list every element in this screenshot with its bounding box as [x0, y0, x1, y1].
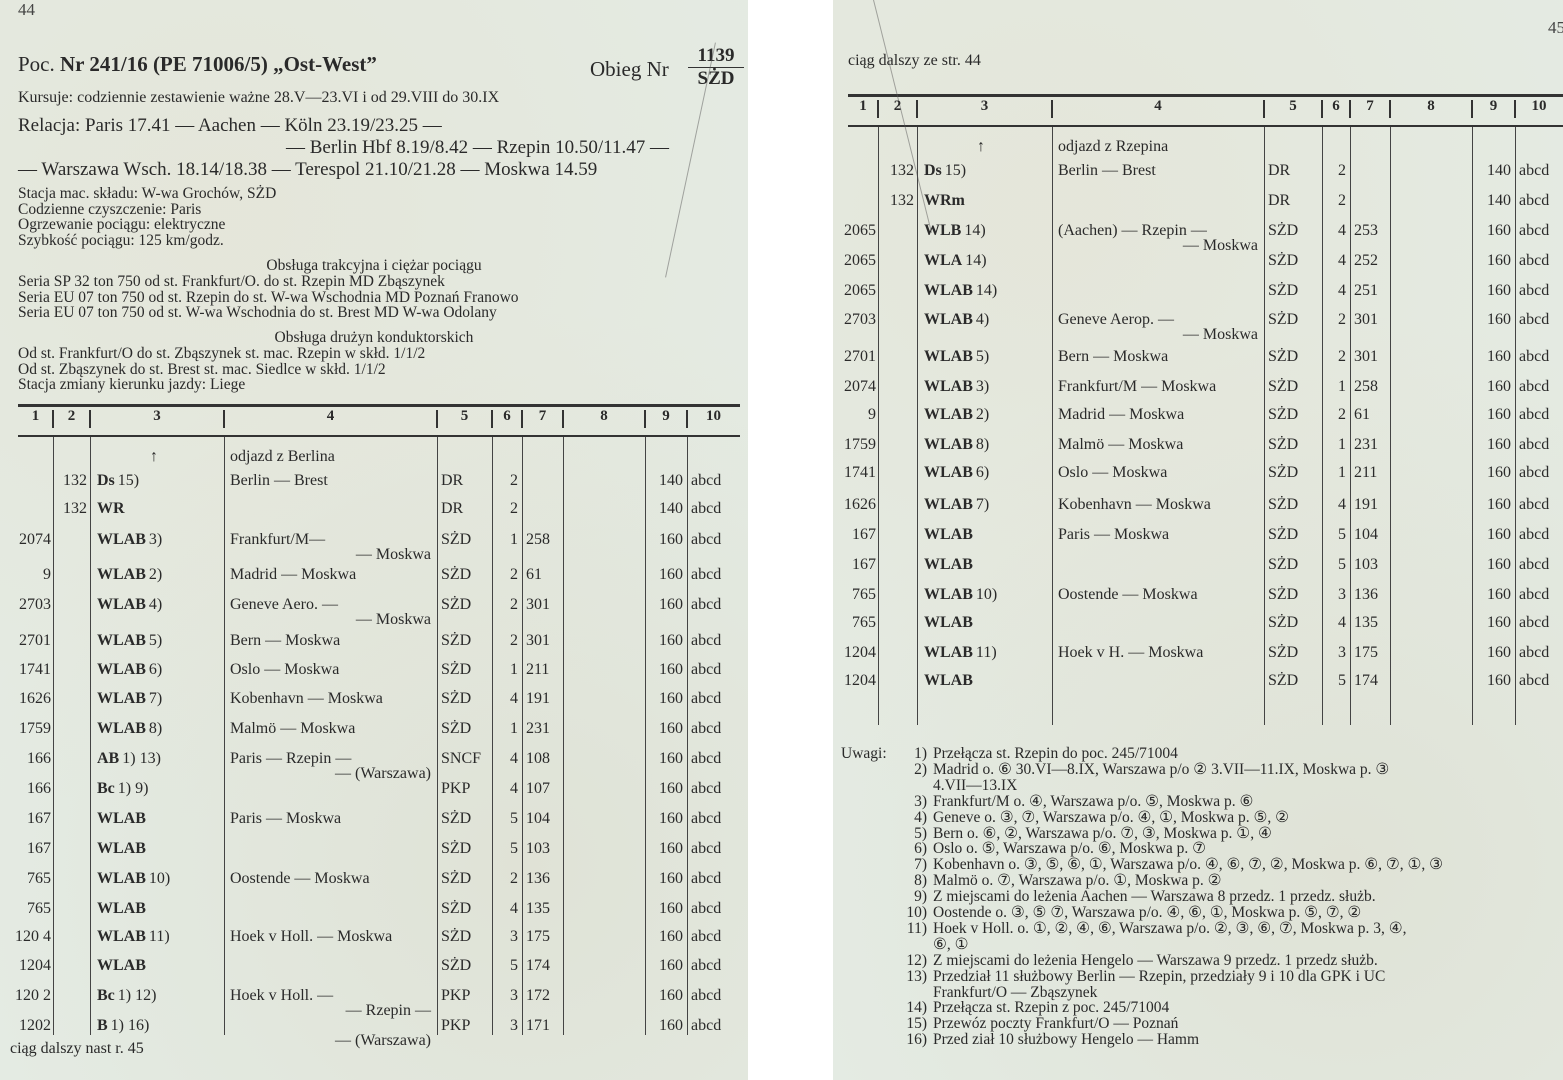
- class-code: 2: [1322, 311, 1346, 329]
- car-serial: 175: [1354, 644, 1378, 662]
- service-days: abcd: [1519, 586, 1549, 604]
- car-serial: 107: [526, 780, 550, 798]
- car-type: WLAB6): [97, 661, 162, 679]
- column-header-8: 8: [1390, 98, 1472, 115]
- service-days: abcd: [691, 810, 721, 828]
- column-header-9: 9: [645, 408, 687, 425]
- relacja-line-2: — Berlin Hbf 8.19/8.42 — Rzepin 10.50/11…: [286, 137, 669, 159]
- car-serial: 301: [526, 596, 550, 614]
- column-header-7: 7: [522, 408, 563, 425]
- railway-owner: SŻD: [441, 596, 471, 614]
- car-serial: 251: [1354, 282, 1378, 300]
- note-number: 13): [893, 969, 927, 985]
- railway-owner: PKP: [441, 1017, 470, 1035]
- car-type-code: WLAB: [924, 436, 973, 453]
- car-type-code: WLAB: [924, 586, 973, 603]
- service-days: abcd: [1519, 222, 1549, 240]
- class-code: 4: [1322, 252, 1346, 270]
- class-code: 5: [492, 810, 518, 828]
- header-separator: [644, 410, 646, 428]
- column-header-5: 5: [437, 408, 492, 425]
- speed: 160: [645, 987, 683, 1005]
- header-separator: [223, 410, 225, 428]
- railway-owner: SŻD: [1268, 311, 1298, 329]
- class-code: 4: [1322, 614, 1346, 632]
- car-type-code: WLAB: [97, 928, 146, 945]
- car-number: 167: [8, 840, 51, 858]
- speed: 160: [645, 810, 683, 828]
- car-serial: 135: [526, 900, 550, 918]
- service-days: abcd: [691, 472, 721, 490]
- railway-owner: SŻD: [441, 720, 471, 738]
- car-serial: 191: [1354, 496, 1378, 514]
- class-code: 2: [1322, 192, 1346, 210]
- car-number: 1204: [838, 672, 876, 690]
- railway-owner: SŻD: [1268, 348, 1298, 366]
- note-text: ⑥, ①: [933, 937, 969, 953]
- note-number: 10): [893, 905, 927, 921]
- service-days: abcd: [1519, 556, 1549, 574]
- car-type: WR: [97, 500, 128, 518]
- car-type-code: WLAB: [924, 556, 973, 573]
- note-number: 11): [893, 921, 927, 937]
- car-number: 2065: [838, 252, 876, 270]
- service-days: abcd: [691, 500, 721, 518]
- header-separator: [521, 410, 523, 428]
- railway-owner: DR: [1268, 192, 1290, 210]
- class-code: 2: [492, 566, 518, 584]
- car-type-code: WLAB: [924, 311, 973, 328]
- car-type-code: Bc: [97, 987, 115, 1004]
- car-type-code: WLB: [924, 222, 961, 239]
- speed: 160: [1472, 672, 1511, 690]
- car-number: 1759: [8, 720, 51, 738]
- class-code: 4: [1322, 222, 1346, 240]
- car-type: Ds15): [97, 472, 139, 490]
- header-separator: [1321, 100, 1323, 118]
- car-type: WLAB11): [924, 644, 997, 662]
- column-header-6: 6: [492, 408, 522, 425]
- class-code: 4: [492, 690, 518, 708]
- service-days: abcd: [691, 596, 721, 614]
- car-type-code: WLAB: [97, 566, 146, 583]
- car-serial: 174: [1354, 672, 1378, 690]
- car-serial: 258: [1354, 378, 1378, 396]
- railway-owner: SŻD: [1268, 586, 1298, 604]
- car-number: 2701: [8, 632, 51, 650]
- car-serial: 174: [526, 957, 550, 975]
- class-code: 5: [1322, 526, 1346, 544]
- info-line: Codzienne czyszczenie: Paris: [18, 202, 276, 218]
- speed: 160: [645, 531, 683, 549]
- note-text: Przewóz poczty Frankfurt/O — Poznań: [933, 1016, 1178, 1032]
- class-code: 1: [1322, 378, 1346, 396]
- route: Bern — Moskwa: [230, 632, 340, 650]
- car-type: Ds15): [924, 162, 966, 180]
- class-code: 3: [1322, 586, 1346, 604]
- car-type-code: WLAB: [924, 348, 973, 365]
- railway-owner: SŻD: [1268, 614, 1298, 632]
- railway-owner: SŻD: [441, 957, 471, 975]
- note-number: 8): [893, 873, 927, 889]
- class-code: 4: [492, 750, 518, 768]
- car-type: WLAB5): [97, 632, 162, 650]
- footnote-ref: 15): [118, 472, 139, 489]
- note-number: 4): [893, 810, 927, 826]
- car-serial: 103: [1354, 556, 1378, 574]
- speed: 160: [1472, 436, 1511, 454]
- railway-owner: PKP: [441, 780, 470, 798]
- railway-owner: SŻD: [1268, 378, 1298, 396]
- class-code: 5: [492, 957, 518, 975]
- page-45: 45 ciąg dalszy ze str. 44 Uwagi: 1234567…: [833, 0, 1563, 1080]
- route-continuation: — (Warszawa): [224, 1032, 431, 1050]
- speed: 140: [1472, 192, 1511, 210]
- column-header-1: 1: [18, 408, 53, 425]
- class-code: 2: [492, 632, 518, 650]
- service-days: abcd: [691, 566, 721, 584]
- car-number: 9: [838, 406, 876, 424]
- service-days: abcd: [1519, 162, 1549, 180]
- column-header-6: 6: [1322, 98, 1350, 115]
- railway-owner: DR: [441, 500, 463, 518]
- note-text: Madrid o. ⑥ 30.VI—8.IX, Warszawa p/o ② 3…: [933, 762, 1389, 778]
- column-rule: [90, 437, 91, 1035]
- obieg-number: 1139 SŻD: [688, 45, 744, 90]
- route: Hoek v Holl. — Moskwa: [230, 928, 392, 946]
- speed: 160: [1472, 496, 1511, 514]
- railway-owner: SŻD: [441, 632, 471, 650]
- car-type-code: WLAB: [97, 870, 146, 887]
- column-rule: [522, 437, 523, 1035]
- note-number: 5): [893, 826, 927, 842]
- note-text: Kobenhavn o. ③, ⑤, ⑥, ①, Warszawa p/o. ④…: [933, 857, 1443, 873]
- footnote-ref: 5): [149, 632, 162, 649]
- note-text: Przełącza st. Rzepin do poc. 245/71004: [933, 746, 1178, 762]
- class-code: 5: [1322, 672, 1346, 690]
- car-number: 2701: [838, 348, 876, 366]
- car-type: WLAB: [97, 900, 149, 918]
- service-days: abcd: [691, 780, 721, 798]
- crew-heading: Obsługa drużyn konduktorskich: [0, 330, 748, 346]
- car-type-code: WLAB: [924, 496, 973, 513]
- car-serial: 301: [526, 632, 550, 650]
- class-code: 2: [1322, 162, 1346, 180]
- speed: 160: [645, 596, 683, 614]
- car-serial: 252: [1354, 252, 1378, 270]
- speed: 160: [1472, 644, 1511, 662]
- info-line: Szybkość pociągu: 125 km/godz.: [18, 233, 276, 249]
- car-type: WLAB3): [97, 531, 162, 549]
- car-type: WLAB5): [924, 348, 989, 366]
- route: Frankfurt/M — Moskwa: [1058, 378, 1216, 396]
- car-type-code: WLAB: [924, 644, 973, 661]
- obieg-numerator: 1139: [688, 45, 744, 68]
- speed: 160: [1472, 378, 1511, 396]
- column-header-5: 5: [1264, 98, 1322, 115]
- note-text: Przełącza st. Rzepin z poc. 245/71004: [933, 1000, 1169, 1016]
- railway-owner: SŻD: [441, 840, 471, 858]
- footnote-ref: 5): [976, 348, 989, 365]
- footnote-ref: 1) 16): [111, 1017, 150, 1034]
- service-days: abcd: [1519, 464, 1549, 482]
- crew-line: Od st. Frankfurt/O do st. Zbąszynek st. …: [18, 346, 425, 362]
- speed: 160: [645, 661, 683, 679]
- car-type-code: Ds: [924, 162, 942, 179]
- car-number: 2703: [8, 596, 51, 614]
- railway-owner: SŻD: [1268, 222, 1298, 240]
- railway-owner: SŻD: [1268, 496, 1298, 514]
- note-number: 16): [893, 1032, 927, 1048]
- info-line: Stacja mac. składu: W-wa Grochów, SŻD: [18, 186, 276, 202]
- service-days: abcd: [691, 1017, 721, 1035]
- class-code: 4: [1322, 496, 1346, 514]
- car-number: 765: [8, 870, 51, 888]
- route: Oostende — Moskwa: [1058, 586, 1198, 604]
- class-code: 4: [1322, 282, 1346, 300]
- car-type: WLAB14): [924, 282, 997, 300]
- service-days: abcd: [1519, 614, 1549, 632]
- class-code: 1: [492, 661, 518, 679]
- header-separator: [1051, 100, 1053, 118]
- footnote-ref: 6): [149, 661, 162, 678]
- service-days: abcd: [691, 750, 721, 768]
- route: Paris — Moskwa: [1058, 526, 1169, 544]
- departure-note: odjazd z Berlina: [230, 448, 335, 466]
- service-days: abcd: [1519, 311, 1549, 329]
- car-number: 1204: [838, 644, 876, 662]
- car-serial: 104: [1354, 526, 1378, 544]
- class-code: 5: [492, 840, 518, 858]
- car-type: WLAB11): [97, 928, 170, 946]
- service-days: abcd: [691, 840, 721, 858]
- note-number: 15): [893, 1016, 927, 1032]
- car-type: WLAB10): [97, 870, 170, 888]
- note-text: Oostende o. ③, ⑤ ⑦, Warszawa p/o. ④, ⑥, …: [933, 905, 1361, 921]
- car-type-code: B: [97, 1017, 108, 1034]
- header-separator: [916, 100, 918, 118]
- header-separator: [89, 410, 91, 428]
- column-rule: [437, 437, 438, 1035]
- column-header-8: 8: [563, 408, 645, 425]
- note-number: 14): [893, 1000, 927, 1016]
- footnote-ref: 8): [149, 720, 162, 737]
- continued-from: ciąg dalszy ze str. 44: [848, 52, 981, 70]
- column-rule: [917, 127, 918, 725]
- note-number: 2): [893, 762, 927, 778]
- car-type: WLAB: [97, 840, 149, 858]
- train-ref: 132: [53, 500, 87, 518]
- speed: 160: [645, 957, 683, 975]
- railway-owner: SŻD: [441, 566, 471, 584]
- route: Kobenhavn — Moskwa: [1058, 496, 1211, 514]
- header-separator: [686, 410, 688, 428]
- title-number: Nr 241/16 (PE 71006/5) „Ost-West”: [60, 52, 377, 76]
- car-type-code: AB: [97, 750, 119, 767]
- car-number: 2065: [838, 282, 876, 300]
- car-number: 120 2: [8, 987, 51, 1005]
- footnote-ref: 7): [976, 496, 989, 513]
- car-type: WLB14): [924, 222, 986, 240]
- header-separator: [562, 410, 564, 428]
- car-number: 1741: [838, 464, 876, 482]
- column-rule: [1390, 127, 1391, 725]
- car-type: WLA14): [924, 252, 987, 270]
- column-rule: [1264, 127, 1265, 725]
- note-number: 12): [893, 953, 927, 969]
- car-type: WLAB7): [97, 690, 162, 708]
- route: Paris — Moskwa: [230, 810, 341, 828]
- arrow-up-icon: ↑: [977, 138, 985, 156]
- class-code: 2: [492, 596, 518, 614]
- kursuje-line: Kursuje: codziennie zestawienie ważne 28…: [18, 89, 499, 107]
- speed: 160: [645, 780, 683, 798]
- title-prefix: Poc.: [18, 52, 55, 76]
- railway-owner: PKP: [441, 987, 470, 1005]
- service-days: abcd: [1519, 436, 1549, 454]
- car-type-code: WLAB: [97, 810, 146, 827]
- car-type: WLAB: [97, 810, 149, 828]
- car-type: WLAB4): [924, 311, 989, 329]
- class-code: 2: [492, 870, 518, 888]
- class-code: 5: [1322, 556, 1346, 574]
- car-serial: 301: [1354, 348, 1378, 366]
- note-text: Oslo o. ⑤, Warszawa p/o. ⑥, Moskwa p. ⑦: [933, 841, 1206, 857]
- car-serial: 253: [1354, 222, 1378, 240]
- service-days: abcd: [691, 661, 721, 679]
- service-days: abcd: [1519, 406, 1549, 424]
- service-days: abcd: [691, 900, 721, 918]
- continued-note: ciąg dalszy nast r. 45: [10, 1040, 144, 1058]
- page-44: 44 Poc. Nr 241/16 (PE 71006/5) „Ost-West…: [0, 0, 748, 1080]
- route: Oostende — Moskwa: [230, 870, 370, 888]
- railway-owner: SŻD: [441, 661, 471, 679]
- train-info: Stacja mac. składu: W-wa Grochów, SŻD Co…: [18, 186, 276, 248]
- car-type-code: WLAB: [97, 720, 146, 737]
- train-ref: 132: [878, 162, 914, 180]
- crew-list: Od st. Frankfurt/O do st. Zbąszynek st. …: [18, 346, 425, 393]
- speed: 160: [1472, 222, 1511, 240]
- service-days: abcd: [691, 531, 721, 549]
- speed: 160: [1472, 406, 1511, 424]
- car-type: Bc1) 9): [97, 780, 148, 798]
- car-serial: 104: [526, 810, 550, 828]
- note-number: 7): [893, 857, 927, 873]
- car-serial: 231: [526, 720, 550, 738]
- class-code: 4: [492, 780, 518, 798]
- info-line: Ogrzewanie pociągu: elektryczne: [18, 217, 276, 233]
- train-ref: 132: [878, 192, 914, 210]
- car-number: 1626: [8, 690, 51, 708]
- car-number: 1202: [8, 1017, 51, 1035]
- header-separator: [52, 410, 54, 428]
- notes-label: Uwagi:: [841, 746, 887, 762]
- footnote-ref: 2): [149, 566, 162, 583]
- traction-line: Seria SP 32 ton 750 od st. Frankfurt/O. …: [18, 274, 519, 290]
- car-type-code: WLAB: [924, 406, 973, 423]
- car-type-code: WLAB: [924, 378, 973, 395]
- column-header-7: 7: [1350, 98, 1390, 115]
- car-type: WLAB: [924, 526, 976, 544]
- column-rule: [1350, 127, 1351, 725]
- car-type: WLAB6): [924, 464, 989, 482]
- car-serial: 171: [526, 1017, 550, 1035]
- column-rule: [563, 437, 564, 1035]
- relacja-line-1: Relacja: Paris 17.41 — Aachen — Köln 23.…: [18, 115, 442, 137]
- speed: 160: [645, 840, 683, 858]
- header-separator: [1263, 100, 1265, 118]
- service-days: abcd: [1519, 672, 1549, 690]
- car-type: WLAB8): [97, 720, 162, 738]
- footnote-ref: 4): [149, 596, 162, 613]
- column-header-2: 2: [53, 408, 90, 425]
- railway-owner: DR: [441, 472, 463, 490]
- column-header-4: 4: [1052, 98, 1264, 115]
- traction-list: Seria SP 32 ton 750 od st. Frankfurt/O. …: [18, 274, 519, 321]
- car-type-code: WLAB: [97, 632, 146, 649]
- car-type: WRm: [924, 192, 968, 210]
- column-header-10: 10: [1515, 98, 1563, 115]
- arrow-up-icon: ↑: [150, 448, 158, 466]
- car-serial: 136: [1354, 586, 1378, 604]
- footnote-ref: 14): [976, 282, 997, 299]
- footnote-ref: 1) 13): [122, 750, 161, 767]
- header-separator: [1389, 100, 1391, 118]
- column-header-2: 2: [878, 98, 917, 115]
- service-days: abcd: [1519, 252, 1549, 270]
- car-type-code: WLAB: [97, 900, 146, 917]
- note-text: Geneve o. ③, ⑦, Warszawa p/o. ④, ①, Mosk…: [933, 810, 1289, 826]
- car-serial: 191: [526, 690, 550, 708]
- page-number: 44: [18, 0, 35, 20]
- column-header-10: 10: [687, 408, 740, 425]
- railway-owner: DR: [1268, 162, 1290, 180]
- railway-owner: SŻD: [441, 690, 471, 708]
- car-type: WLAB2): [97, 566, 162, 584]
- footnote-ref: 6): [976, 464, 989, 481]
- service-days: abcd: [1519, 378, 1549, 396]
- railway-owner: SŻD: [441, 810, 471, 828]
- footnote-ref: 10): [149, 870, 170, 887]
- railway-owner: SŻD: [1268, 282, 1298, 300]
- note-text: Z miejscami do leżenia Hengelo — Warszaw…: [933, 953, 1378, 969]
- service-days: abcd: [691, 720, 721, 738]
- service-days: abcd: [691, 690, 721, 708]
- service-days: abcd: [1519, 526, 1549, 544]
- speed: 160: [1472, 252, 1511, 270]
- car-type: WLAB2): [924, 406, 989, 424]
- route: Malmö — Moskwa: [1058, 436, 1183, 454]
- footnote-ref: 4): [976, 311, 989, 328]
- car-type-code: WLAB: [97, 661, 146, 678]
- class-code: 3: [492, 1017, 518, 1035]
- car-type-code: WLAB: [924, 464, 973, 481]
- car-type: WLAB10): [924, 586, 997, 604]
- speed: 160: [1472, 311, 1511, 329]
- car-type-code: WR: [97, 500, 125, 517]
- note-text: 4.VII—13.IX: [933, 778, 1017, 794]
- footnote-ref: 1) 9): [118, 780, 149, 797]
- column-header-4: 4: [224, 408, 437, 425]
- car-number: 167: [838, 556, 876, 574]
- obieg-label: Obieg Nr: [590, 57, 669, 82]
- car-number: 2074: [8, 531, 51, 549]
- car-serial: 108: [526, 750, 550, 768]
- car-type: WLAB4): [97, 596, 162, 614]
- car-number: 166: [8, 780, 51, 798]
- car-number: 1626: [838, 496, 876, 514]
- header-separator: [1471, 100, 1473, 118]
